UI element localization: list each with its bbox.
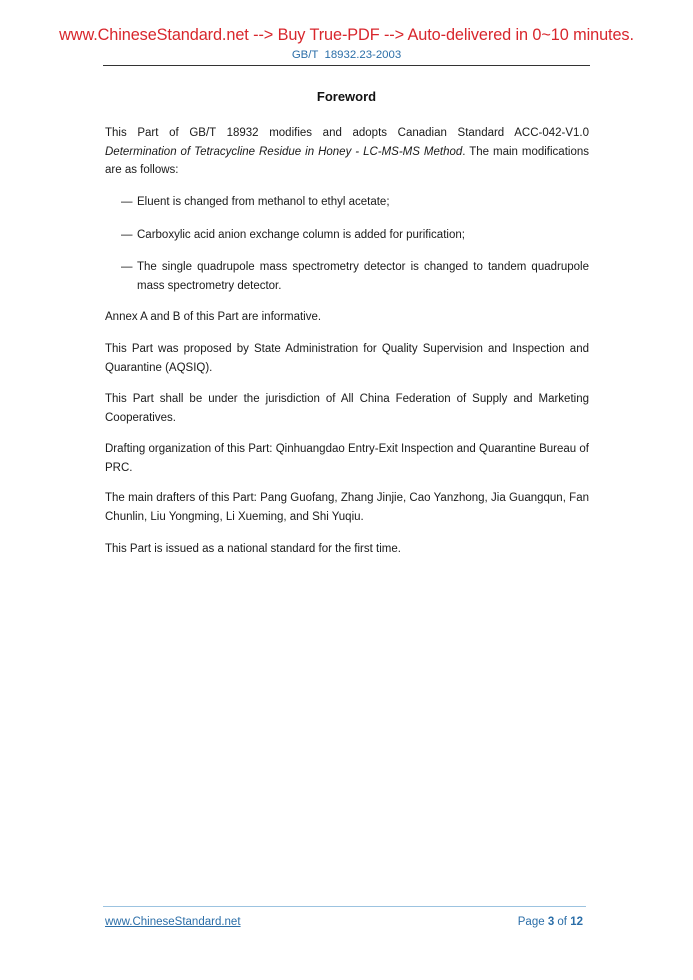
- modification-item: — Eluent is changed from methanol to eth…: [121, 193, 589, 212]
- em-dash-bullet: —: [121, 258, 137, 295]
- standard-code-header: GB/T 18932.23-2003: [0, 49, 693, 61]
- modification-item: — Carboxylic acid anion exchange column …: [121, 226, 589, 245]
- em-dash-bullet: —: [121, 193, 137, 212]
- intro-standard-title: Determination of Tetracycline Residue in…: [105, 146, 462, 158]
- page-label: Page: [518, 916, 548, 928]
- drafters-paragraph: The main drafters of this Part: Pang Guo…: [105, 489, 589, 526]
- total-pages: 12: [570, 916, 583, 928]
- proposed-by-paragraph: This Part was proposed by State Administ…: [105, 340, 589, 377]
- page-title: Foreword: [0, 89, 693, 104]
- modification-text: Eluent is changed from methanol to ethyl…: [137, 193, 589, 212]
- modification-text: The single quadrupole mass spectrometry …: [137, 258, 589, 295]
- footer-website-link[interactable]: www.ChineseStandard.net: [105, 916, 241, 928]
- intro-paragraph: This Part of GB/T 18932 modifies and ado…: [105, 124, 589, 180]
- drafting-organization-paragraph: Drafting organization of this Part: Qinh…: [105, 440, 589, 477]
- page-number: Page 3 of 12: [518, 916, 583, 928]
- intro-prefix: This Part of GB/T 18932 modifies and ado…: [105, 127, 589, 139]
- annex-paragraph: Annex A and B of this Part are informati…: [105, 308, 589, 327]
- jurisdiction-paragraph: This Part shall be under the jurisdictio…: [105, 390, 589, 427]
- issuance-paragraph: This Part is issued as a national standa…: [105, 540, 589, 559]
- modification-text: Carboxylic acid anion exchange column is…: [137, 226, 589, 245]
- modification-item: — The single quadrupole mass spectrometr…: [121, 258, 589, 295]
- em-dash-bullet: —: [121, 226, 137, 245]
- promo-banner[interactable]: www.ChineseStandard.net --> Buy True-PDF…: [0, 26, 693, 45]
- header-divider: [103, 65, 590, 66]
- footer-divider: [103, 906, 586, 907]
- page-of-label: of: [554, 916, 570, 928]
